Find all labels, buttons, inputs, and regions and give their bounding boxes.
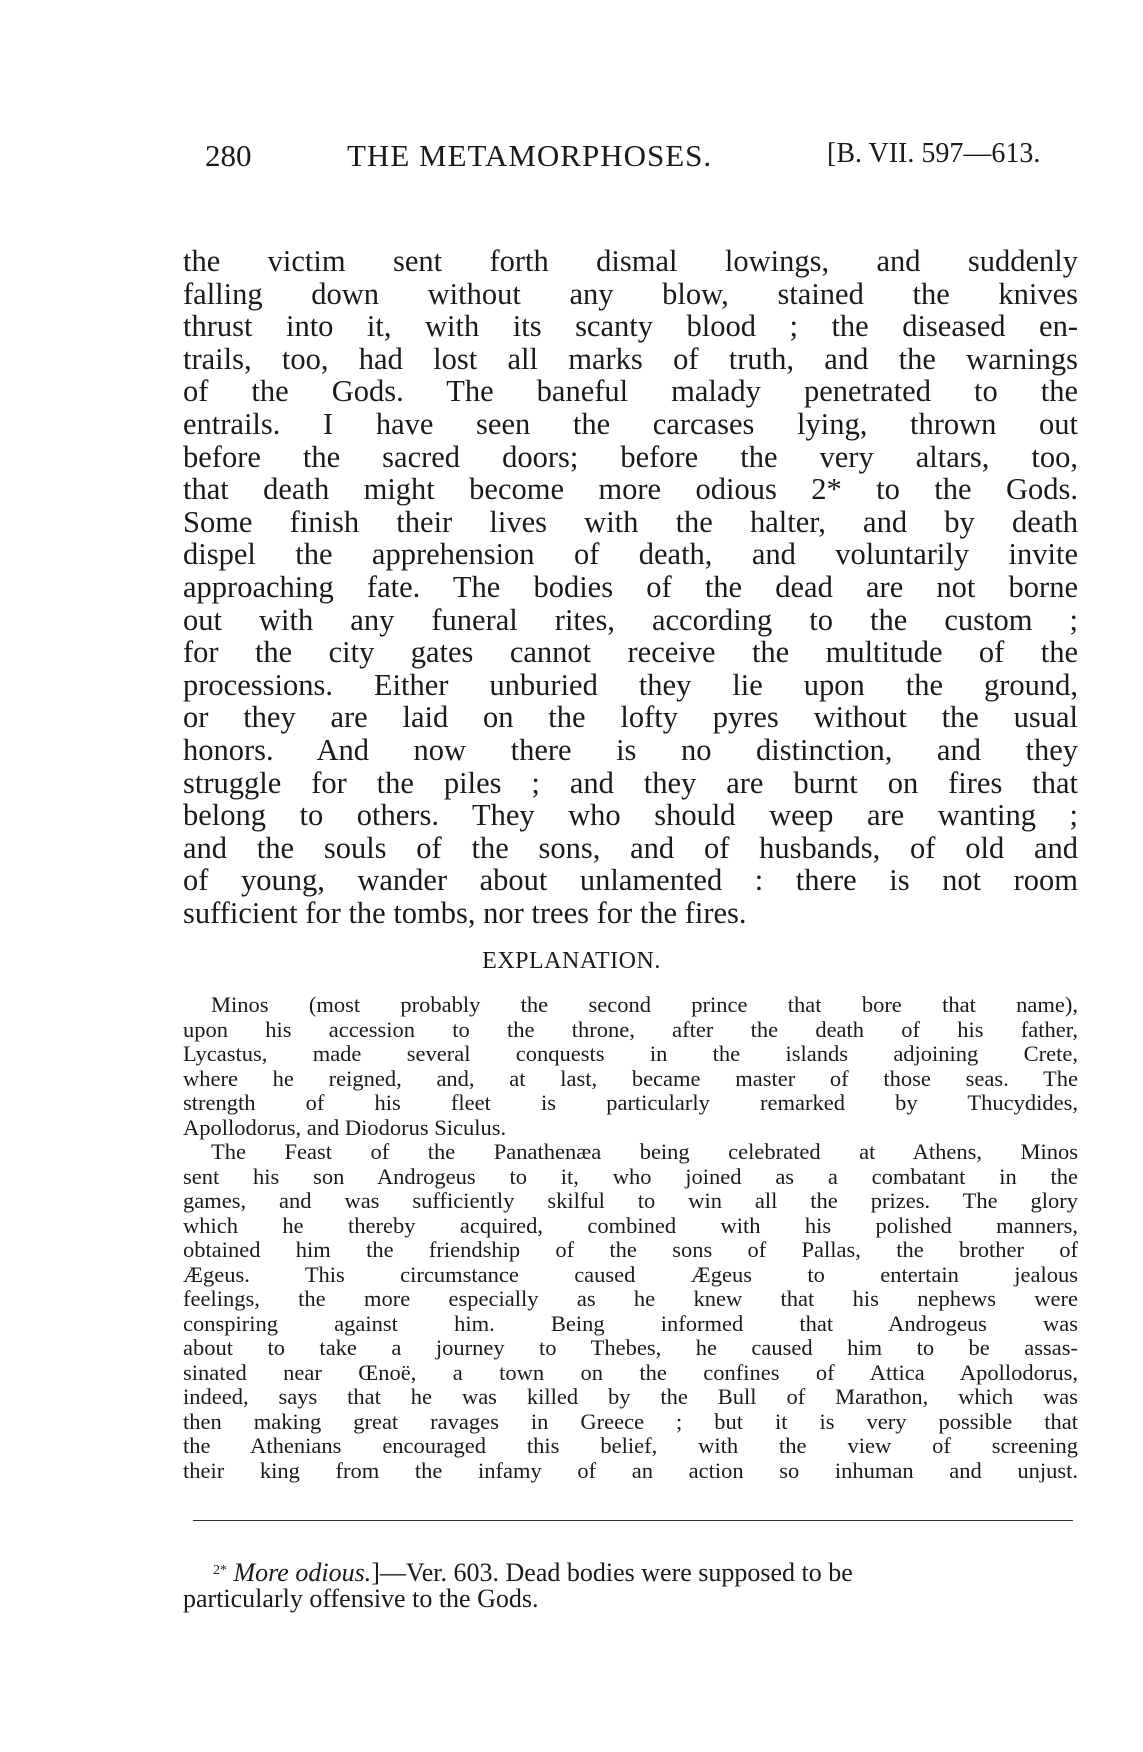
text-line: struggle for the piles ; and they are bu… bbox=[183, 767, 1078, 800]
footnote-marker: 2* bbox=[213, 1563, 227, 1578]
text-line: the Athenians encouraged this belief, wi… bbox=[183, 1434, 1078, 1459]
text-line: honors. And now there is no distinction,… bbox=[183, 734, 1078, 767]
text-line: dispel the apprehension of death, and vo… bbox=[183, 538, 1078, 571]
text-line: or they are laid on the lofty pyres with… bbox=[183, 701, 1078, 734]
text-line: approaching fate. The bodies of the dead… bbox=[183, 571, 1078, 604]
text-line: Lycastus, made several conquests in the … bbox=[183, 1042, 1078, 1067]
text-line: about to take a journey to Thebes, he ca… bbox=[183, 1336, 1078, 1361]
text-line: sent his son Androgeus to it, who joined… bbox=[183, 1165, 1078, 1190]
footnote-divider bbox=[193, 1520, 1073, 1521]
explanation-heading: EXPLANATION. bbox=[0, 948, 1143, 975]
text-line: upon his accession to the throne, after … bbox=[183, 1018, 1078, 1043]
text-line: processions. Either unburied they lie up… bbox=[183, 669, 1078, 702]
footnote-lemma: More odious. bbox=[234, 1558, 372, 1587]
text-line: Some finish their lives with the halter,… bbox=[183, 506, 1078, 539]
text-line: for the city gates cannot receive the mu… bbox=[183, 636, 1078, 669]
running-header: 280 THE METAMORPHOSES. [B. VII. 597—613. bbox=[205, 138, 1080, 178]
text-line: of the Gods. The baneful malady penetrat… bbox=[183, 375, 1078, 408]
footnote-line: particularly offensive to the Gods. bbox=[183, 1586, 1078, 1612]
text-line: before the sacred doors; before the very… bbox=[183, 441, 1078, 474]
text-line: games, and was sufficiently skilful to w… bbox=[183, 1189, 1078, 1214]
text-line: Ægeus. This circumstance caused Ægeus to… bbox=[183, 1263, 1078, 1288]
text-line: belong to others. They who should weep a… bbox=[183, 799, 1078, 832]
footnote-line: 2* More odious.]—Ver. 603. Dead bodies w… bbox=[183, 1558, 1078, 1586]
text-line: Apollodorus, and Diodorus Siculus. bbox=[183, 1116, 1078, 1141]
text-line: The Feast of the Panathenæa being celebr… bbox=[183, 1140, 1078, 1165]
text-line: of young, wander about unlamented : ther… bbox=[183, 864, 1078, 897]
footnote: 2* More odious.]—Ver. 603. Dead bodies w… bbox=[183, 1558, 1078, 1612]
text-line: strength of his fleet is particularly re… bbox=[183, 1091, 1078, 1116]
text-line: that death might become more odious 2* t… bbox=[183, 473, 1078, 506]
footnote-text: ]—Ver. 603. Dead bodies were supposed to… bbox=[371, 1558, 853, 1587]
text-line: sinated near Œnoë, a town on the confine… bbox=[183, 1361, 1078, 1386]
text-line: their king from the infamy of an action … bbox=[183, 1459, 1078, 1484]
main-text: the victim sent forth dismal lowings, an… bbox=[183, 245, 1078, 929]
text-line: conspiring against him. Being informed t… bbox=[183, 1312, 1078, 1337]
text-line: trails, too, had lost all marks of truth… bbox=[183, 343, 1078, 376]
text-line: where he reigned, and, at last, became m… bbox=[183, 1067, 1078, 1092]
section-reference: [B. VII. 597—613. bbox=[827, 138, 1040, 170]
text-line: Minos (most probably the second prince t… bbox=[183, 993, 1078, 1018]
text-line: out with any funeral rites, according to… bbox=[183, 604, 1078, 637]
running-title: THE METAMORPHOSES. bbox=[347, 138, 712, 174]
text-line: obtained him the friendship of the sons … bbox=[183, 1238, 1078, 1263]
text-line: which he thereby acquired, combined with… bbox=[183, 1214, 1078, 1239]
text-line: and the souls of the sons, and of husban… bbox=[183, 832, 1078, 865]
text-line: falling down without any blow, stained t… bbox=[183, 278, 1078, 311]
text-line: thrust into it, with its scanty blood ; … bbox=[183, 310, 1078, 343]
page-number: 280 bbox=[205, 138, 252, 174]
text-line: entrails. I have seen the carcases lying… bbox=[183, 408, 1078, 441]
text-line: then making great ravages in Greece ; bu… bbox=[183, 1410, 1078, 1435]
text-line: sufficient for the tombs, nor trees for … bbox=[183, 897, 1078, 930]
text-line: the victim sent forth dismal lowings, an… bbox=[183, 245, 1078, 278]
text-line: indeed, says that he was killed by the B… bbox=[183, 1385, 1078, 1410]
text-line: feelings, the more especially as he knew… bbox=[183, 1287, 1078, 1312]
explanation-text: Minos (most probably the second prince t… bbox=[183, 993, 1078, 1483]
